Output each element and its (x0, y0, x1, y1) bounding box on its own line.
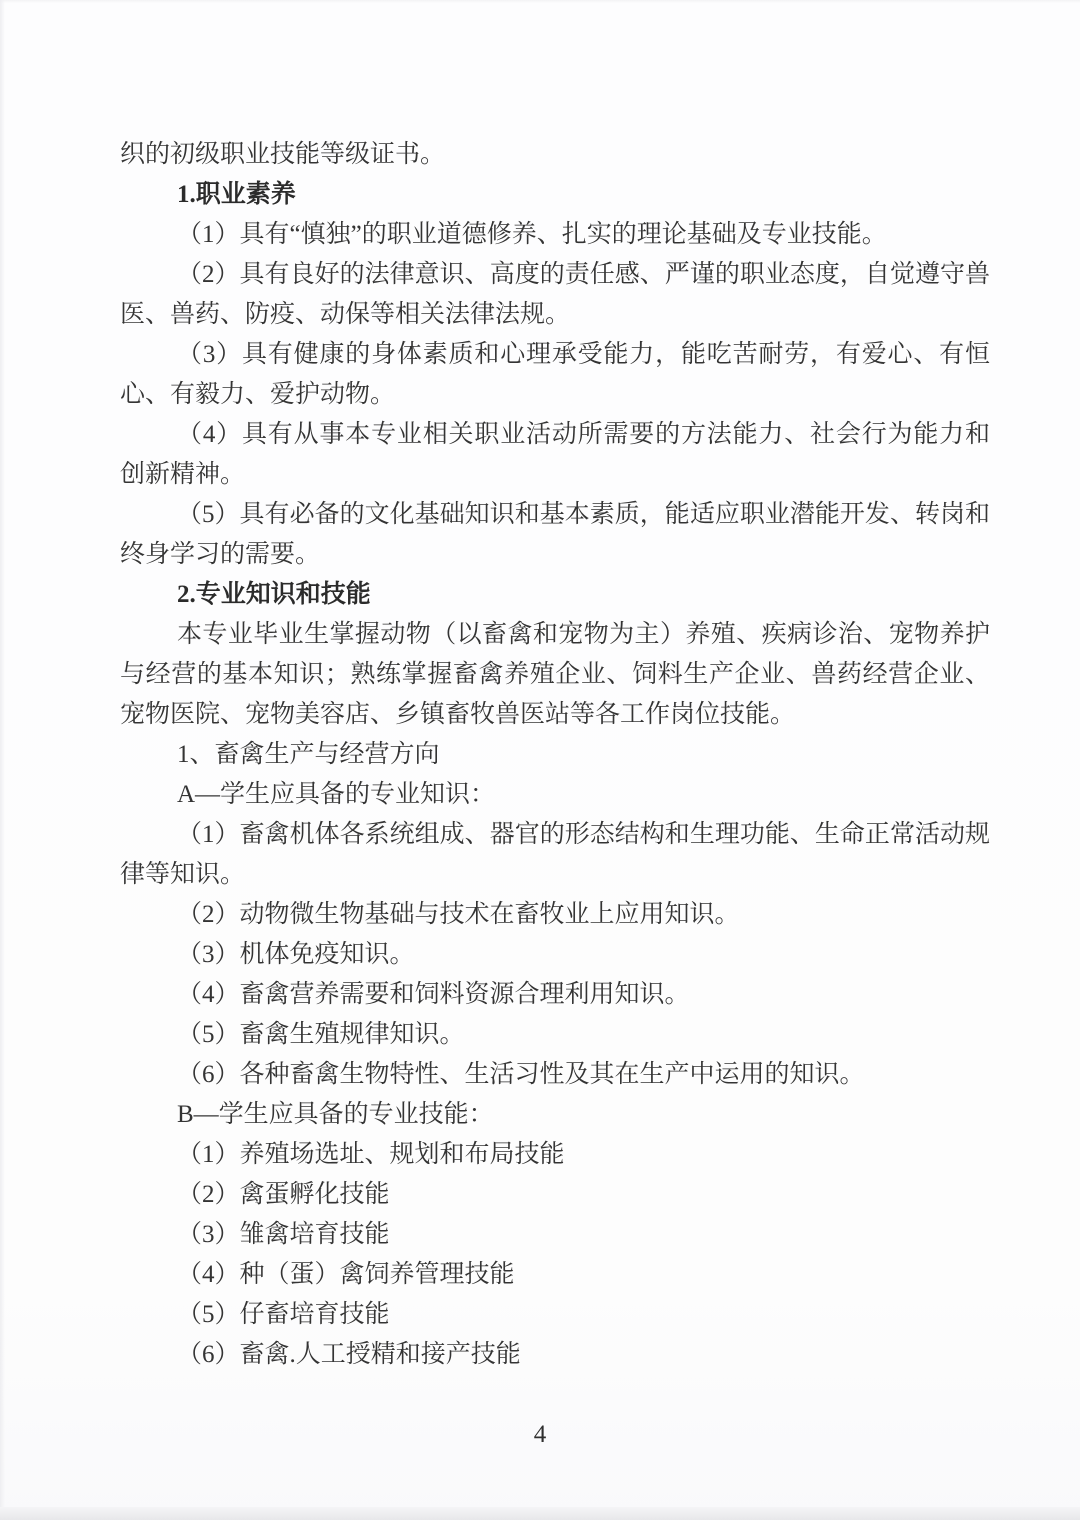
text-line: （5）畜禽生殖规律知识。 (120, 1015, 990, 1055)
text-line: （3）机体免疫知识。 (120, 935, 990, 975)
text-line: （5）具有必备的文化基础知识和基本素质，能适应职业潜能开发、转岗和 (120, 495, 990, 535)
text-line: 本专业毕业生掌握动物（以畜禽和宠物为主）养殖、疾病诊治、宠物养护 (120, 615, 990, 655)
text-line: B—学生应具备的专业技能： (120, 1095, 990, 1135)
text-line: 1、畜禽生产与经营方向 (120, 735, 990, 775)
text-line: （3）具有健康的身体素质和心理承受能力，能吃苦耐劳，有爱心、有恒 (120, 335, 990, 375)
text-line: （1）养殖场选址、规划和布局技能 (120, 1135, 990, 1175)
text-line: （2）具有良好的法律意识、高度的责任感、严谨的职业态度，自觉遵守兽 (120, 255, 990, 295)
text-line: （4）畜禽营养需要和饲料资源合理利用知识。 (120, 975, 990, 1015)
text-line: （1）具有“慎独”的职业道德修养、扎实的理论基础及专业技能。 (120, 215, 990, 255)
text-line: （6）各种畜禽生物特性、生活习性及其在生产中运用的知识。 (120, 1055, 990, 1095)
text-line: （1）畜禽机体各系统组成、器官的形态结构和生理功能、生命正常活动规 (120, 815, 990, 855)
text-line: （5）仔畜培育技能 (120, 1295, 990, 1335)
text-line: 与经营的基本知识；熟练掌握畜禽养殖企业、饲料生产企业、兽药经营企业、 (120, 655, 990, 695)
text-line: 创新精神。 (120, 455, 990, 495)
text-line: A—学生应具备的专业知识： (120, 775, 990, 815)
photo-left-edge (0, 0, 5, 1520)
text-line: 织的初级职业技能等级证书。 (120, 135, 990, 175)
photo-top-edge (0, 0, 1080, 3)
text-line: 宠物医院、宠物美容店、乡镇畜牧兽医站等各工作岗位技能。 (120, 695, 990, 735)
text-line: 2.专业知识和技能 (120, 575, 990, 615)
text-line: 医、兽药、防疫、动保等相关法律法规。 (120, 295, 990, 335)
text-line: （2）禽蛋孵化技能 (120, 1175, 990, 1215)
text-line: （6）畜禽.人工授精和接产技能 (120, 1335, 990, 1375)
document-body: 织的初级职业技能等级证书。1.职业素养（1）具有“慎独”的职业道德修养、扎实的理… (120, 135, 990, 1375)
text-line: （4）种（蛋）禽饲养管理技能 (120, 1255, 990, 1295)
document-page: 织的初级职业技能等级证书。1.职业素养（1）具有“慎独”的职业道德修养、扎实的理… (0, 0, 1080, 1520)
text-line: 1.职业素养 (120, 175, 990, 215)
text-line: 终身学习的需要。 (120, 535, 990, 575)
text-line: （3）雏禽培育技能 (120, 1215, 990, 1255)
text-line: （4）具有从事本专业相关职业活动所需要的方法能力、社会行为能力和 (120, 415, 990, 455)
page-number: 4 (0, 1415, 1080, 1455)
text-line: 律等知识。 (120, 855, 990, 895)
text-line: （2）动物微生物基础与技术在畜牧业上应用知识。 (120, 895, 990, 935)
photo-bottom-edge (0, 1507, 1080, 1520)
text-line: 心、有毅力、爱护动物。 (120, 375, 990, 415)
